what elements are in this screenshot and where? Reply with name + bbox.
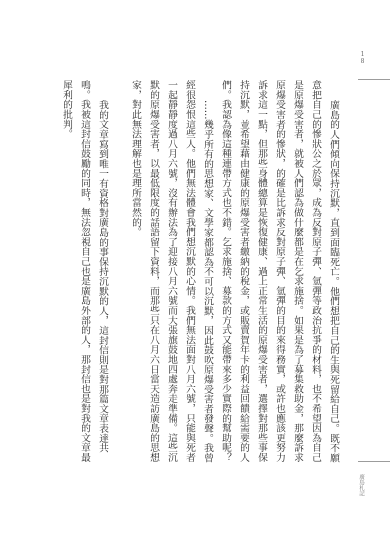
- text-column: 訴求這一點，但那些身體總算是恢復健康、過上正常生活的原爆受害者，選擇對那些事保: [252, 80, 270, 462]
- text-column: 持沉默，並希望藉由健康的原爆受害者繳納的稅金，或販賣賀年卡的利益回饋給需要的人: [234, 80, 252, 462]
- text-column: 犀利的批判。: [57, 80, 75, 462]
- paragraph-3: 我的文章寫到唯一有資格對廣島的事保持沉默的人，這封信則是對那篇文章表達共 鳴。我…: [57, 80, 111, 462]
- text-column: 意把自己的慘狀公之於眾，成為反對原子彈、氫彈等政治抗爭的材料，也不希望因為自己: [306, 80, 324, 462]
- section-2: 我的文章寫到唯一有資格對廣島的事保持沉默的人，這封信則是對那篇文章表達共 鳴。我…: [57, 80, 111, 462]
- body-text: 廣島的人們傾向保持沉默，直到面臨死亡。他們想把自己的生與死留給自己。既不願 意把…: [57, 80, 342, 462]
- text-column: 默的原爆受害者，以最低限度的話語留下資料，而那些只在八月六日當天造訪廣島的思想: [144, 80, 162, 462]
- section-1: 廣島的人們傾向保持沉默，直到面臨死亡。他們想把自己的生與死留給自己。既不願 意把…: [126, 80, 342, 462]
- text-column: 鳴。我被這封信鼓勵的同時，無法忽視自己也是廣島外部的人，那封信也是對我的文章最: [75, 80, 93, 462]
- book-page: 18 廣島的人們傾向保持沉默，直到面臨死亡。他們想把自己的生與死留給自己。既不願…: [0, 0, 390, 554]
- footer-rule: [358, 461, 390, 462]
- page-number: 18: [358, 51, 366, 65]
- running-title: 廣島札記: [357, 474, 365, 496]
- header-rule: [358, 79, 390, 80]
- text-column: ……幾乎所有的思想家、文學家都認為不可以沉默，因此鼓吹原爆受害者發聲。我曾: [198, 80, 216, 462]
- text-column: 廣島的人們傾向保持沉默，直到面臨死亡。他們想把自己的生與死留給自己。既不願: [324, 80, 342, 462]
- paragraph-2: ……幾乎所有的思想家、文學家都認為不可以沉默，因此鼓吹原爆受害者發聲。我曾 經很…: [126, 80, 216, 462]
- text-column: 一起靜靜度過八月六號，沒有辦法為了迎接八月六號而大張旗鼓地四處奔走準備。這些沉: [162, 80, 180, 462]
- text-column: 家，對此無法理解也是理所當然的。: [126, 80, 144, 462]
- text-column: 經很怨恨這些人。他們無法體會我們想沉默的心情。我們無法面對八月六號，只能與死者: [180, 80, 198, 462]
- text-column: 們。我認為像這種連帶方式也不錯。乞求施捨、募款的方式又能帶來多少實際的幫助呢？: [216, 80, 234, 462]
- text-column: 我的文章寫到唯一有資格對廣島的事保持沉默的人，這封信則是對那篇文章表達共: [93, 80, 111, 462]
- paragraph-1: 廣島的人們傾向保持沉默，直到面臨死亡。他們想把自己的生與死留給自己。既不願 意把…: [216, 80, 342, 462]
- text-column: 是原爆受害者，就被人們認為做什麼都是在乞求施捨。如果是為了募集救助金，那麼訴求: [288, 80, 306, 462]
- text-column: 原爆受害者的慘狀，的確是比訴求反對原子彈、氫彈的目的來得務實，或許也應該更努力: [270, 80, 288, 462]
